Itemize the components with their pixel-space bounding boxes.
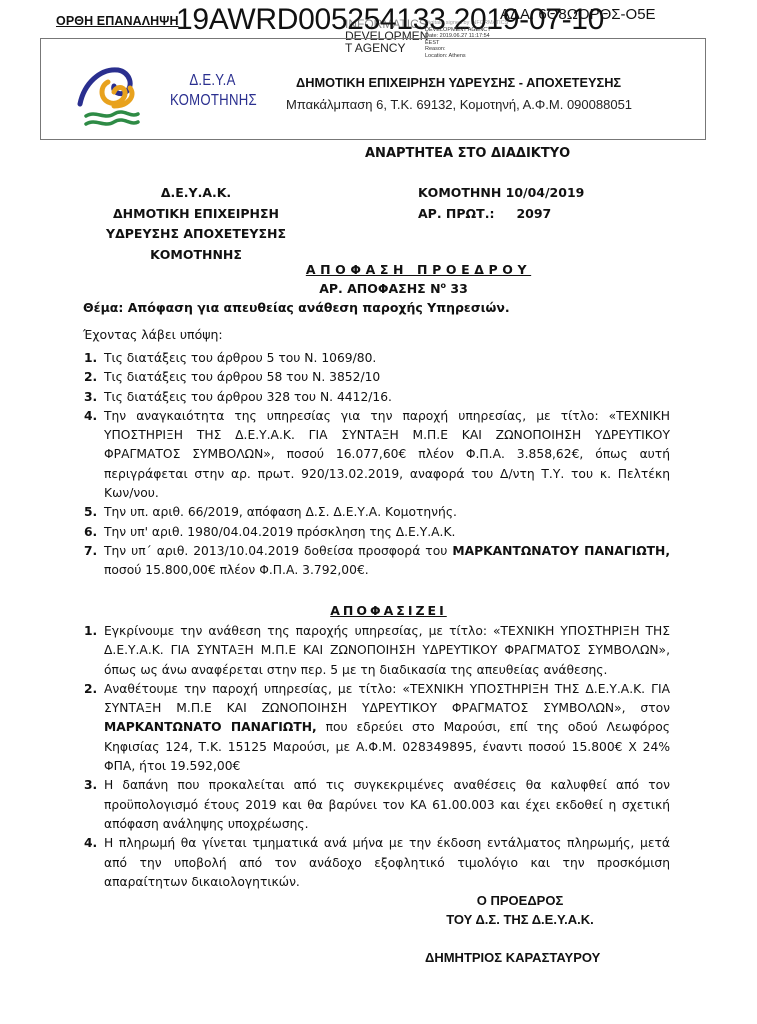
rulings-list: 1.Εγκρίνουμε την ανάθεση της παροχής υπη… (84, 622, 670, 892)
decides-title: ΑΠΟΦΑΣΙΖΕΙ (0, 603, 757, 618)
considerations-list: 1.Τις διατάξεις του άρθρου 5 του Ν. 1069… (84, 349, 670, 581)
ruling-item: 4.Η πληρωμή θα γίνεται τμηματικά ανά μήν… (84, 834, 670, 892)
place-date-block: ΚΟΜΟΤΗΝΗ 10/04/2019 ΑΡ. ΠΡΩΤ.:2097 (418, 183, 584, 224)
item-number: 3. (84, 776, 97, 795)
org-full-name: ΔΗΜΟΤΙΚΗ ΕΠΙΧΕΙΡΗΣΗ ΥΔΡΕΥΣΗΣ - ΑΠΟΧΕΤΕΥΣ… (296, 75, 621, 90)
item-text: Αναθέτουμε την παροχή υπηρεσίας, με τίτλ… (104, 682, 670, 715)
issuer-line: ΥΔΡΕΥΣΗΣ ΑΠΟΧΕΤΕΥΣΗΣ (106, 224, 286, 245)
decision-title: ΑΠΟΦΑΣΗ ΠΡΟΕΔΡΟΥ (0, 262, 757, 277)
item-number: 7. (84, 542, 97, 561)
decision-number: ΑΡ. ΑΠΟΦΑΣΗΣ Νο 33 (0, 281, 757, 296)
decision-number-value: 33 (446, 281, 468, 296)
issuer-block: Δ.Ε.Υ.Α.Κ. ΔΗΜΟΤΙΚΗ ΕΠΙΧΕΙΡΗΣΗ ΥΔΡΕΥΣΗΣ … (106, 183, 286, 265)
ruling-item: 3.Η δαπάνη που προκαλείται από τις συγκε… (84, 776, 670, 834)
item-number: 2. (84, 368, 97, 387)
item-number: 6. (84, 523, 97, 542)
contractor-name: ΜΑΡΚΑΝΤΩΝΑΤΟΥ ΠΑΝΑΓΙΩΤΗ, (452, 544, 670, 558)
item-number: 1. (84, 622, 97, 641)
org-short-line: Δ.Ε.Υ.Α (170, 71, 255, 91)
item-number: 3. (84, 388, 97, 407)
deya-logo-icon (72, 62, 152, 134)
decides-title-text: ΑΠΟΦΑΣΙΖΕΙ (310, 603, 447, 618)
signature-line: INFORMATICS (345, 18, 428, 30)
ada-code: ΑΔΑ: 6Θ8ΩΟΡΘΣ-Ο5Ε (500, 6, 656, 23)
place-date: ΚΟΜΟΤΗΝΗ 10/04/2019 (418, 183, 584, 204)
consideration-item: 2.Τις διατάξεις του άρθρου 58 του Ν. 385… (84, 368, 670, 387)
consideration-item: 1.Τις διατάξεις του άρθρου 5 του Ν. 1069… (84, 349, 670, 368)
item-text: ποσού 15.800,00€ πλέον Φ.Π.Α. 3.792,00€. (104, 563, 369, 577)
item-text: Τις διατάξεις του άρθρου 328 του Ν. 4412… (104, 390, 392, 404)
item-number: 2. (84, 680, 97, 699)
item-number: 1. (84, 349, 97, 368)
protocol-label: ΑΡ. ΠΡΩΤ.: (418, 206, 494, 221)
contractor-name: ΜΑΡΚΑΝΤΩΝΑΤΟ ΠΑΝΑΓΙΩΤΗ, (104, 720, 317, 734)
item-text: Την αναγκαιότητα της υπηρεσίας για την π… (104, 409, 670, 500)
protocol-line: ΑΡ. ΠΡΩΤ.:2097 (418, 204, 584, 225)
org-address: Μπακάλμπαση 6, Τ.Κ. 69132, Κομοτηνή, Α.Φ… (286, 97, 632, 112)
role-line: ΤΟΥ Δ.Σ. ΤΗΣ Δ.Ε.Υ.Α.Κ. (420, 910, 620, 929)
decision-number-prefix: ΑΡ. ΑΠΟΦΑΣΗΣ Ν (319, 281, 440, 296)
item-text: Την υπ' αριθ. 1980/04.04.2019 πρόσκληση … (104, 525, 455, 539)
considering-intro: Έχοντας λάβει υπόψη: (83, 327, 223, 342)
org-short-line: ΚΟΜΟΤΗΝΗΣ (170, 91, 255, 111)
item-text: Την υπ΄ αριθ. 2013/10.04.2019 δοθείσα πρ… (104, 544, 452, 558)
role-line: Ο ΠΡΟΕΔΡΟΣ (420, 891, 620, 910)
consideration-item: 6.Την υπ' αριθ. 1980/04.04.2019 πρόσκλησ… (84, 523, 670, 542)
issuer-line: ΔΗΜΟΤΙΚΗ ΕΠΙΧΕΙΡΗΣΗ (106, 204, 286, 225)
item-text: Τις διατάξεις του άρθρου 5 του Ν. 1069/8… (104, 351, 376, 365)
correction-label: ΟΡΘΗ ΕΠΑΝΑΛΗΨΗ (56, 14, 179, 28)
consideration-item: 4.Την αναγκαιότητα της υπηρεσίας για την… (84, 407, 670, 503)
decision-title-text: ΑΠΟΦΑΣΗ ΠΡΟΕΔΡΟΥ (226, 262, 531, 277)
ruling-item: 1.Εγκρίνουμε την ανάθεση της παροχής υπη… (84, 622, 670, 680)
signatory-name: ΔΗΜΗΤΡΙΟΣ ΚΑΡΑΣΤΑΥΡΟΥ (425, 950, 600, 965)
subject-line: Θέμα: Απόφαση για απευθείας ανάθεση παρο… (83, 300, 510, 315)
item-number: 4. (84, 407, 97, 426)
ruling-item: 2.Αναθέτουμε την παροχή υπηρεσίας, με τί… (84, 680, 670, 776)
posting-note: ΑΝΑΡΤΗΤΕΑ ΣΤΟ ΔΙΑΔΙΚΤΥΟ (365, 146, 570, 161)
item-number: 5. (84, 503, 97, 522)
protocol-number: 2097 (516, 204, 551, 225)
item-text: Η δαπάνη που προκαλείται από τις συγκεκρ… (104, 778, 670, 831)
signature-detail: Digitally signed by INFORMATICS (425, 20, 508, 27)
signatory-role: Ο ΠΡΟΕΔΡΟΣ ΤΟΥ Δ.Σ. ΤΗΣ Δ.Ε.Υ.Α.Κ. (420, 891, 620, 929)
item-text: Η πληρωμή θα γίνεται τμηματικά ανά μήνα … (104, 836, 670, 889)
item-number: 4. (84, 834, 97, 853)
consideration-item: 3.Τις διατάξεις του άρθρου 328 του Ν. 44… (84, 388, 670, 407)
consideration-item: 7.Την υπ΄ αριθ. 2013/10.04.2019 δοθείσα … (84, 542, 670, 581)
item-text: Τις διατάξεις του άρθρου 58 του Ν. 3852/… (104, 370, 380, 384)
item-text: Εγκρίνουμε την ανάθεση της παροχής υπηρε… (104, 624, 670, 677)
issuer-line: Δ.Ε.Υ.Α.Κ. (106, 183, 286, 204)
consideration-item: 5.Την υπ. αριθ. 66/2019, απόφαση Δ.Σ. Δ.… (84, 503, 670, 522)
item-text: Την υπ. αριθ. 66/2019, απόφαση Δ.Σ. Δ.Ε.… (104, 505, 457, 519)
org-short-name: Δ.Ε.Υ.Α ΚΟΜΟΤΗΝΗΣ (170, 71, 255, 111)
